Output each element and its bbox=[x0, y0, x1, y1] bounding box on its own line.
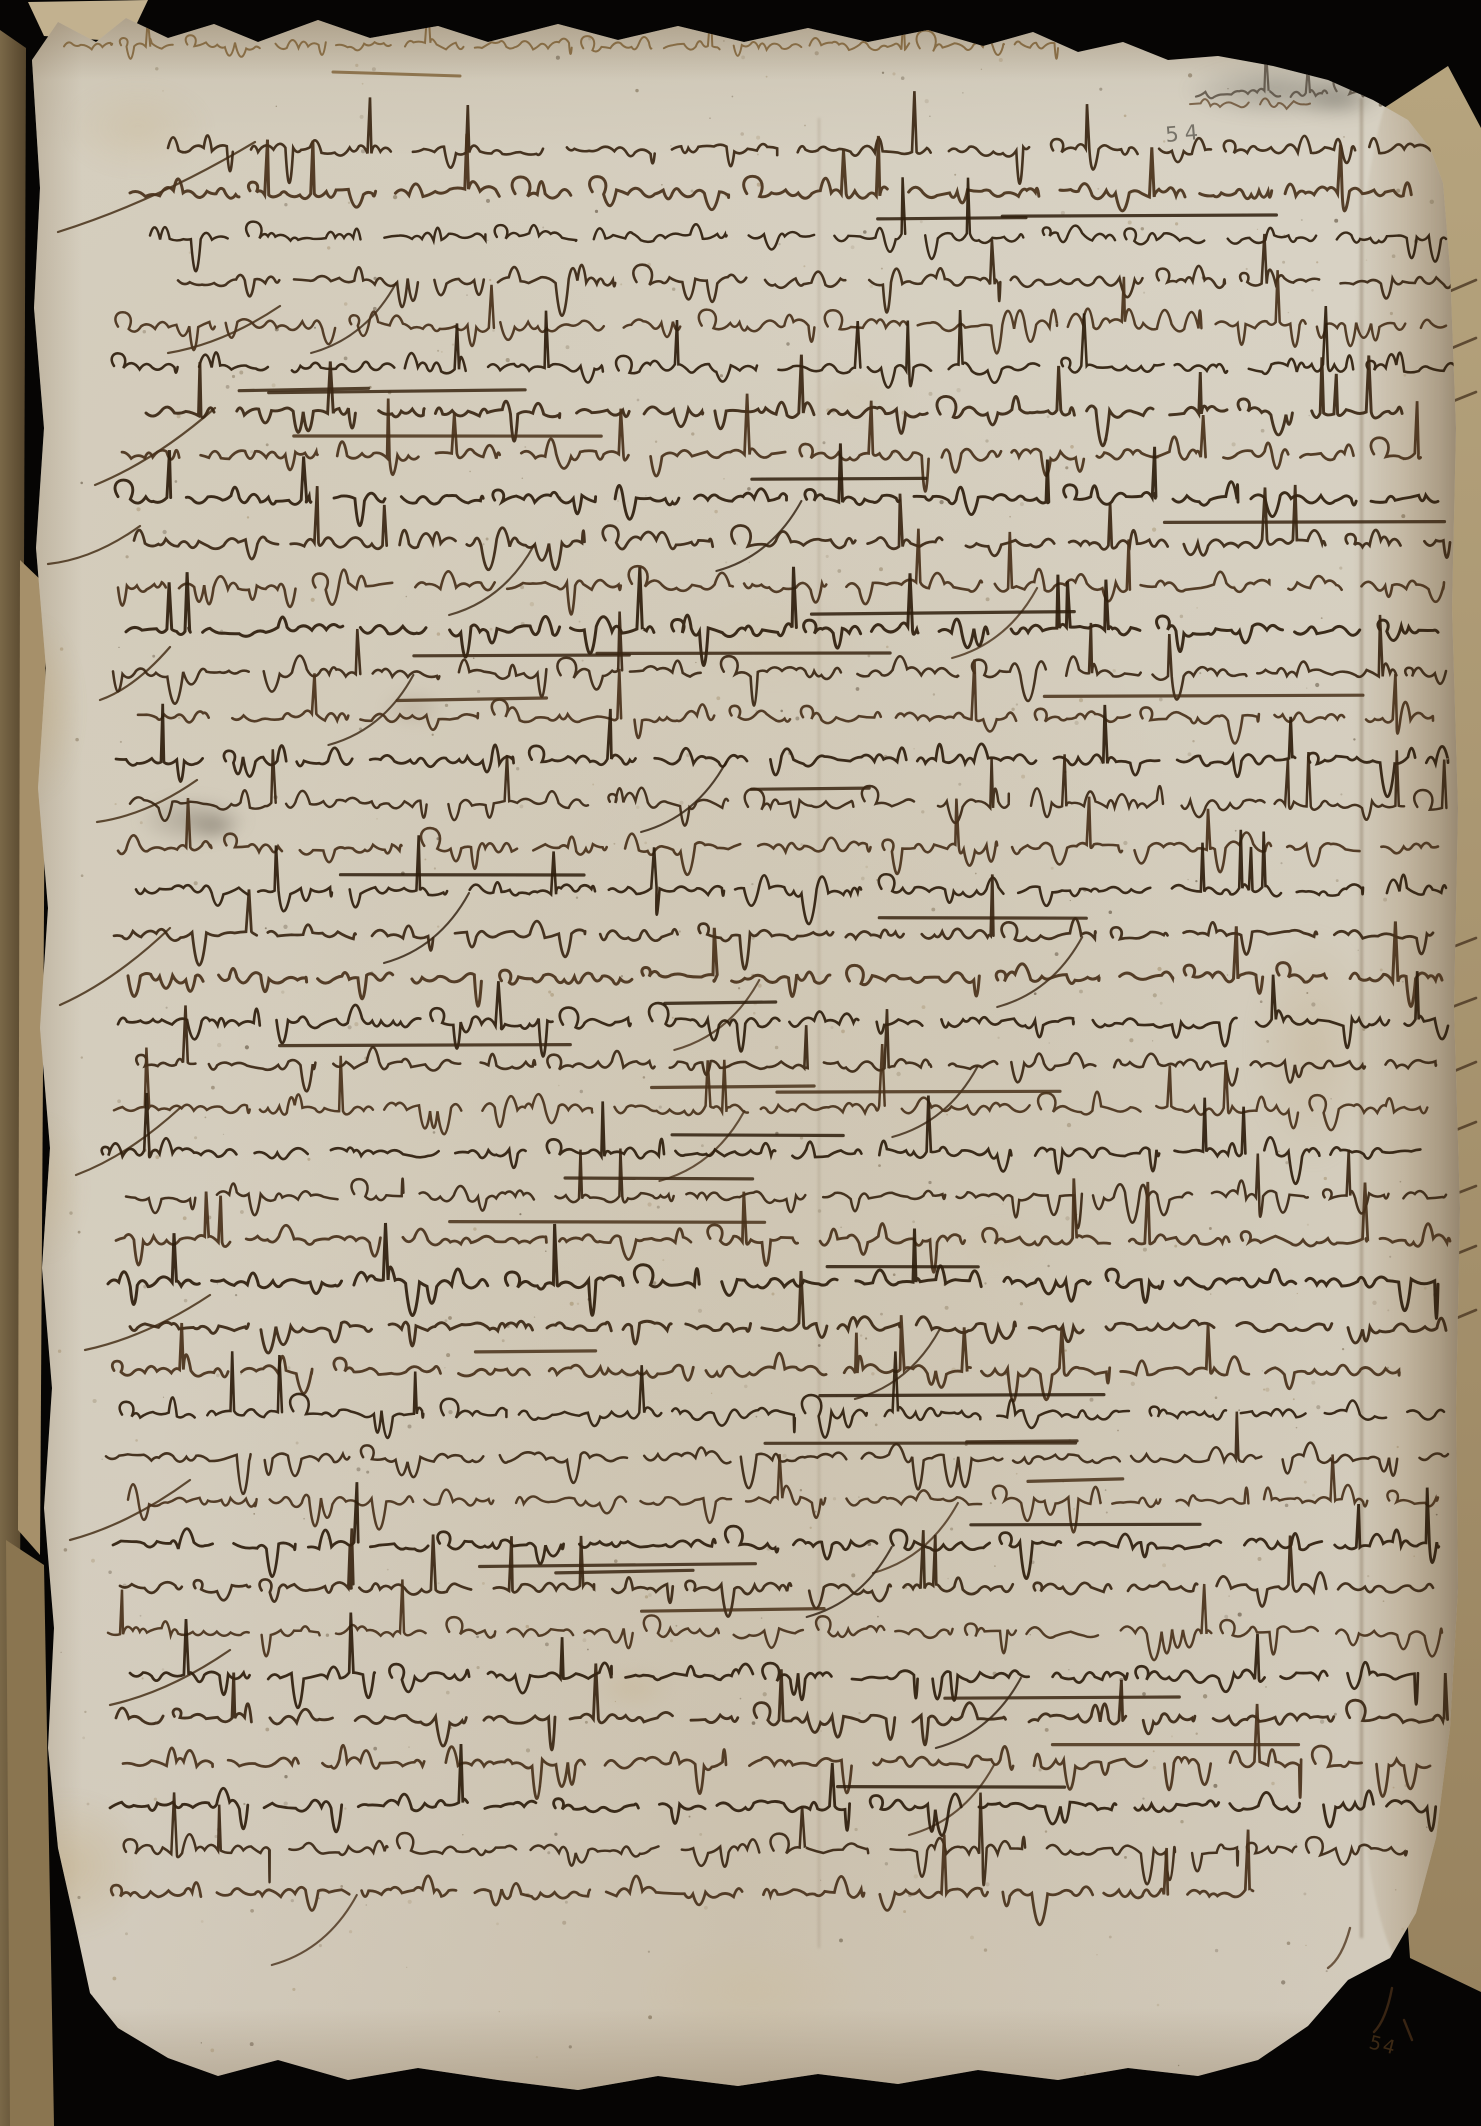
corner-ink-strokes bbox=[1328, 1928, 1412, 2040]
manuscript-photograph: 54 54 bbox=[0, 0, 1481, 2126]
corner-ink-layer: 54 bbox=[0, 0, 1481, 2126]
corner-folio-mark: 54 bbox=[1367, 2032, 1400, 2060]
